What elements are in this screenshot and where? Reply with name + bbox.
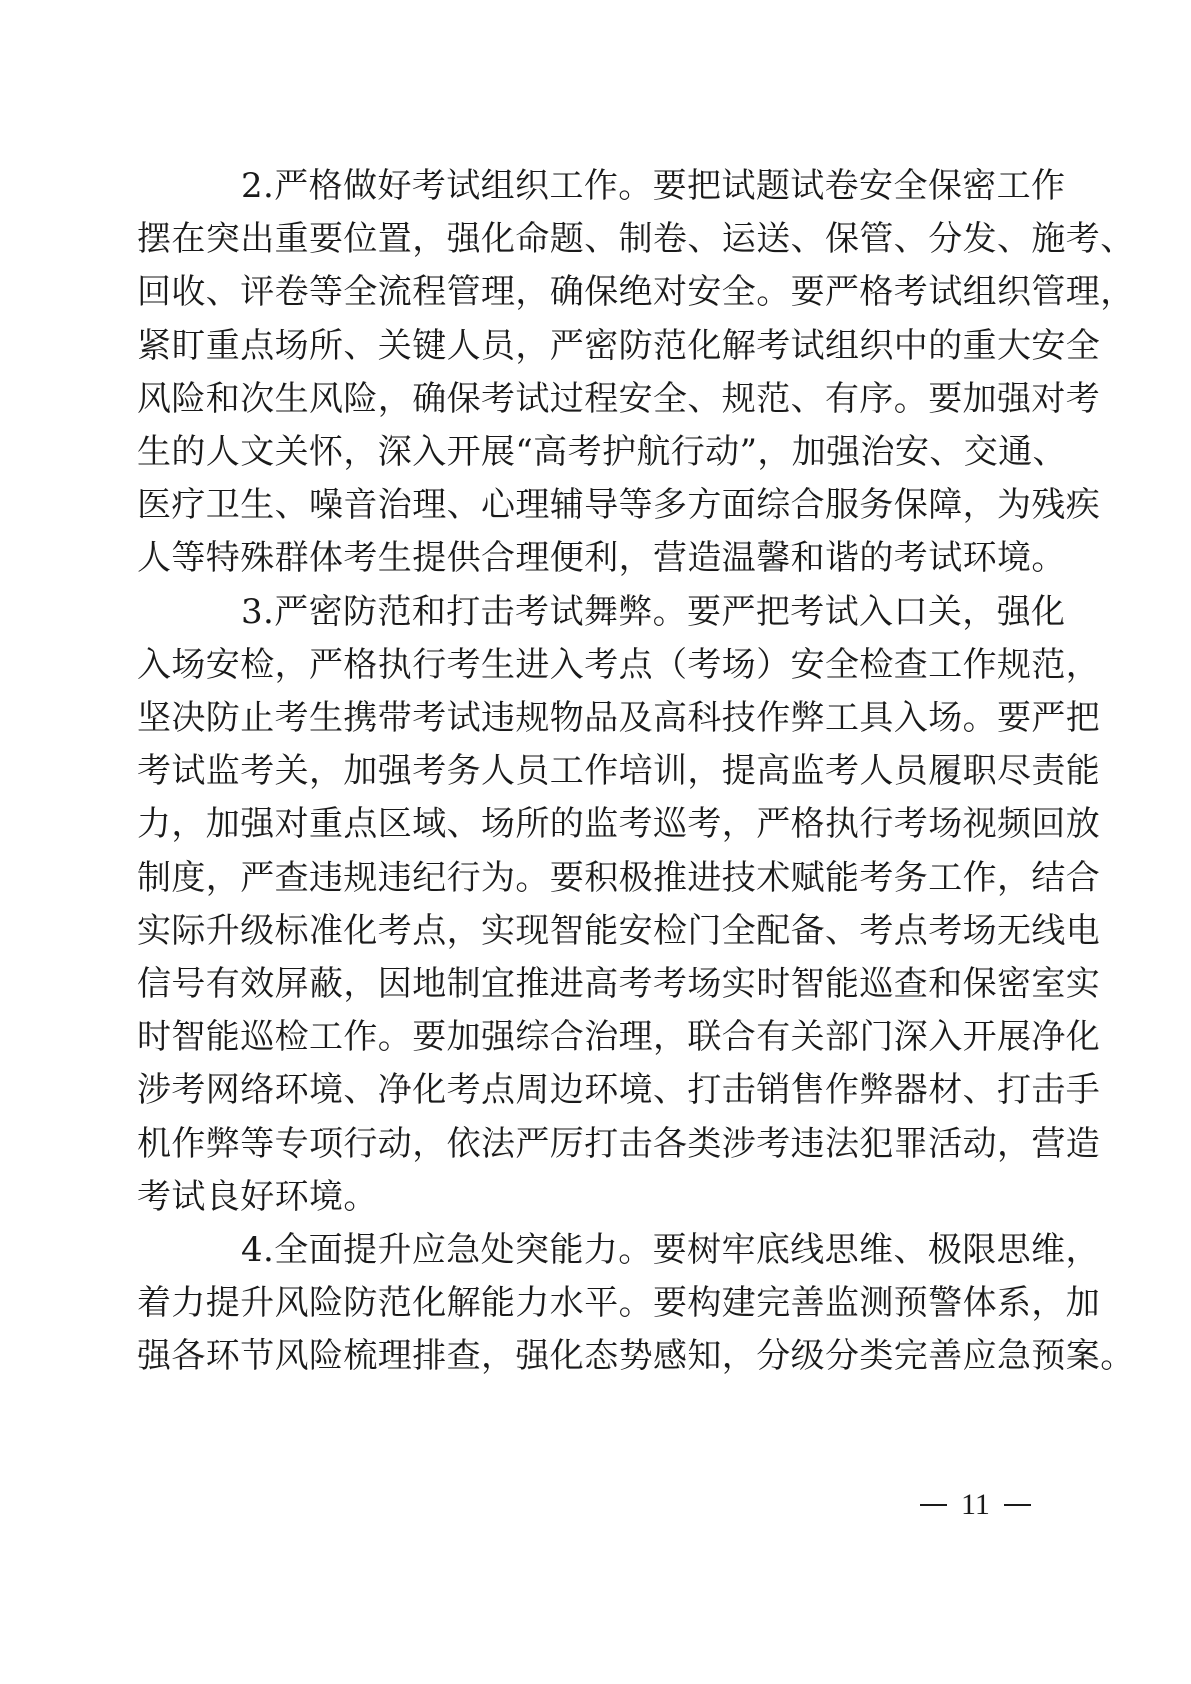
- text-line: 制度，严查违规违纪行为。要积极推进技术赋能考务工作，结合: [137, 852, 973, 905]
- text-line: 人等特殊群体考生提供合理便利，营造温馨和谐的考试环境。: [137, 532, 973, 585]
- text-line: 坚决防止考生携带考试违规物品及高科技作弊工具入场。要严把: [137, 692, 973, 745]
- text-line: 涉考网络环境、净化考点周边环境、打击销售作弊器材、打击手: [137, 1064, 973, 1117]
- text-line: 紧盯重点场所、关键人员，严密防范化解考试组织中的重大安全: [137, 320, 973, 373]
- text-line: 风险和次生风险，确保考试过程安全、规范、有序。要加强对考: [137, 373, 973, 426]
- text-line: 入场安检，严格执行考生进入考点（考场）安全检查工作规范，: [137, 639, 973, 692]
- text-line: 时智能巡检工作。要加强综合治理，联合有关部门深入开展净化: [137, 1011, 973, 1064]
- text-line: 力，加强对重点区域、场所的监考巡考，严格执行考场视频回放: [137, 798, 973, 851]
- text-line: 医疗卫生、噪音治理、心理辅导等多方面综合服务保障，为残疾: [137, 479, 973, 532]
- body-text: 2.严格做好考试组织工作。要把试题试卷安全保密工作 摆在突出重要位置，强化命题、…: [137, 160, 973, 1384]
- text-line: 实际升级标准化考点，实现智能安检门全配备、考点考场无线电: [137, 905, 973, 958]
- dash-right: [1004, 1504, 1031, 1506]
- text-line: 2.严格做好考试组织工作。要把试题试卷安全保密工作: [137, 160, 973, 213]
- text-line: 3.严密防范和打击考试舞弊。要严把考试入口关，强化: [137, 586, 973, 639]
- paragraph-emergency-response: 4.全面提升应急处突能力。要树牢底线思维、极限思维， 着力提升风险防范化解能力水…: [137, 1224, 973, 1384]
- text-line: 着力提升风险防范化解能力水平。要构建完善监测预警体系，加: [137, 1277, 973, 1330]
- text-line: 摆在突出重要位置，强化命题、制卷、运送、保管、分发、施考、: [137, 213, 973, 266]
- text-line: 4.全面提升应急处突能力。要树牢底线思维、极限思维，: [137, 1224, 973, 1277]
- text-line: 信号有效屏蔽，因地制宜推进高考考场实时智能巡查和保密室实: [137, 958, 973, 1011]
- text-line: 回收、评卷等全流程管理，确保绝对安全。要严格考试组织管理，: [137, 266, 973, 319]
- text-line: 考试监考关，加强考务人员工作培训，提高监考人员履职尽责能: [137, 745, 973, 798]
- paragraph-exam-organization: 2.严格做好考试组织工作。要把试题试卷安全保密工作 摆在突出重要位置，强化命题、…: [137, 160, 973, 586]
- dash-left: [920, 1504, 947, 1506]
- page-number: 11: [920, 1488, 1060, 1522]
- text-line: 强各环节风险梳理排查，强化态势感知，分级分类完善应急预案。: [137, 1330, 973, 1383]
- document-page: 2.严格做好考试组织工作。要把试题试卷安全保密工作 摆在突出重要位置，强化命题、…: [0, 0, 1191, 1684]
- text-line: 考试良好环境。: [137, 1171, 973, 1224]
- page-number-value: 11: [961, 1488, 990, 1522]
- paragraph-anti-cheating: 3.严密防范和打击考试舞弊。要严把考试入口关，强化 入场安检，严格执行考生进入考…: [137, 586, 973, 1224]
- text-line: 机作弊等专项行动，依法严厉打击各类涉考违法犯罪活动，营造: [137, 1118, 973, 1171]
- text-line: 生的人文关怀，深入开展“高考护航行动”，加强治安、交通、: [137, 426, 973, 479]
